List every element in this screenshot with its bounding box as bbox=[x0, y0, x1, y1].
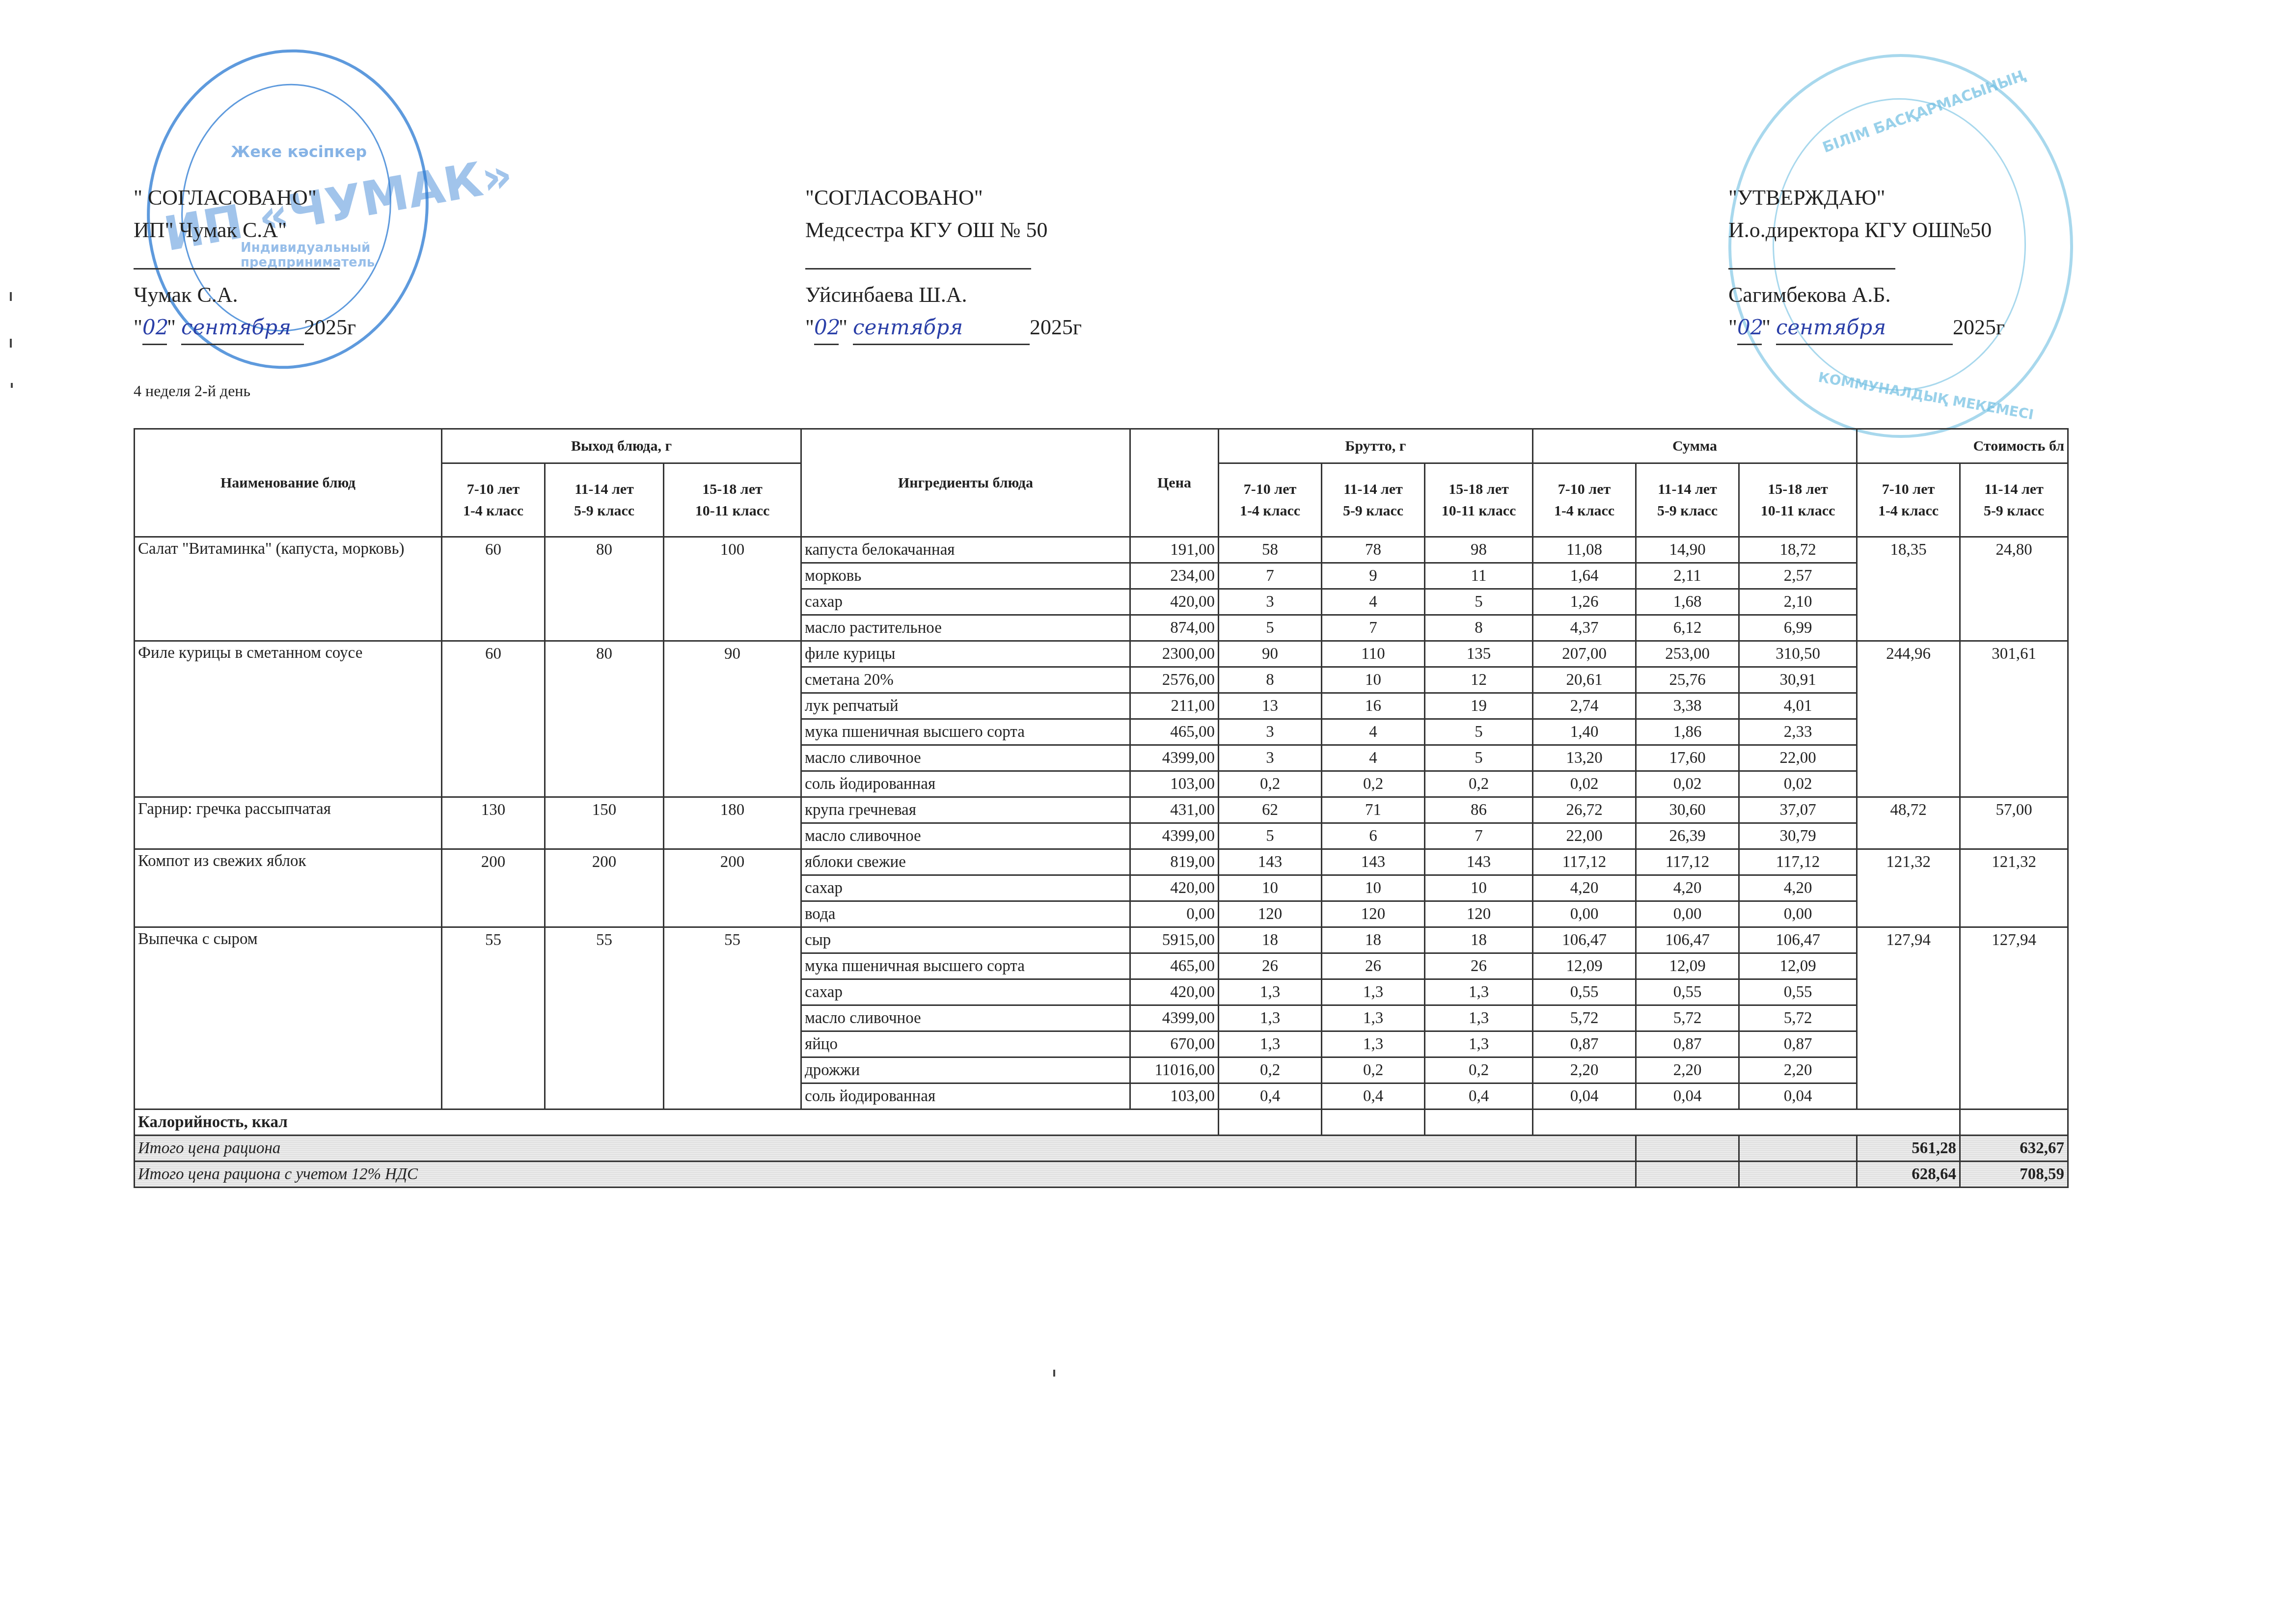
ingredient-brutto-2: 1,3 bbox=[1322, 979, 1425, 1005]
dish-cost-2: 57,00 bbox=[1960, 797, 2068, 849]
ingredient-brutto-1: 143 bbox=[1219, 849, 1322, 875]
table-row: Филе курицы в сметанном соусе608090филе … bbox=[135, 641, 2068, 667]
approval-nurse: "СОГЛАСОВАНО" Медсестра КГУ ОШ № 50 Уйси… bbox=[805, 182, 1082, 345]
approval-director-date-day: 02 bbox=[1737, 311, 1762, 345]
ingredient-sum-3: 0,00 bbox=[1739, 901, 1857, 927]
ingredient-sum-3: 0,87 bbox=[1739, 1031, 1857, 1057]
ingredient-brutto-2: 71 bbox=[1322, 797, 1425, 823]
ingredient-brutto-2: 10 bbox=[1322, 875, 1425, 901]
ingredient-sum-1: 2,74 bbox=[1533, 693, 1636, 719]
ingredient-sum-1: 4,20 bbox=[1533, 875, 1636, 901]
ingredient-price: 431,00 bbox=[1130, 797, 1219, 823]
dish-cost-1: 127,94 bbox=[1857, 927, 1960, 1109]
ingredient-brutto-2: 9 bbox=[1322, 563, 1425, 589]
approval-nurse-date-year: 2025г bbox=[1030, 315, 1082, 339]
ingredient-sum-3: 22,00 bbox=[1739, 745, 1857, 771]
ingredient-price: 5915,00 bbox=[1130, 927, 1219, 953]
ingredient-name: сыр bbox=[801, 927, 1130, 953]
dish-name: Выпечка с сыром bbox=[135, 927, 442, 1109]
ingredient-brutto-1: 3 bbox=[1219, 745, 1322, 771]
ingredient-name: яблоки свежие bbox=[801, 849, 1130, 875]
header-brutto-age-1: 7-10 лет1-4 класс bbox=[1219, 463, 1322, 537]
ingredient-sum-1: 117,12 bbox=[1533, 849, 1636, 875]
dish-cost-2: 24,80 bbox=[1960, 537, 2068, 641]
ingredient-brutto-1: 5 bbox=[1219, 615, 1322, 641]
ingredient-brutto-3: 120 bbox=[1425, 901, 1533, 927]
ingredient-sum-2: 0,04 bbox=[1636, 1083, 1739, 1109]
ingredient-brutto-1: 62 bbox=[1219, 797, 1322, 823]
approval-nurse-date-day: 02 bbox=[814, 311, 839, 345]
ingredient-sum-2: 0,02 bbox=[1636, 771, 1739, 797]
ingredient-sum-2: 253,00 bbox=[1636, 641, 1739, 667]
total-row: Итого цена рациона561,28632,67 bbox=[135, 1136, 2068, 1162]
ingredient-brutto-3: 86 bbox=[1425, 797, 1533, 823]
ingredient-sum-2: 106,47 bbox=[1636, 927, 1739, 953]
approval-nurse-org: Медсестра КГУ ОШ № 50 bbox=[805, 214, 1082, 246]
table-row: Выпечка с сыром555555сыр5915,00181818106… bbox=[135, 927, 2068, 953]
ingredient-brutto-2: 0,2 bbox=[1322, 771, 1425, 797]
ingredient-price: 103,00 bbox=[1130, 1083, 1219, 1109]
header-brutto-age-3: 15-18 лет10-11 класс bbox=[1425, 463, 1533, 537]
ingredient-brutto-3: 12 bbox=[1425, 667, 1533, 693]
ingredient-brutto-1: 1,3 bbox=[1219, 979, 1322, 1005]
dish-yield-1: 60 bbox=[442, 537, 545, 641]
ingredient-sum-3: 6,99 bbox=[1739, 615, 1857, 641]
ingredient-sum-2: 14,90 bbox=[1636, 537, 1739, 563]
ingredient-brutto-2: 1,3 bbox=[1322, 1031, 1425, 1057]
dish-yield-2: 55 bbox=[545, 927, 664, 1109]
ingredient-sum-2: 4,20 bbox=[1636, 875, 1739, 901]
calories-label: Калорийность, ккал bbox=[135, 1109, 1219, 1136]
ingredient-brutto-3: 8 bbox=[1425, 615, 1533, 641]
ingredient-sum-1: 0,00 bbox=[1533, 901, 1636, 927]
approval-director-org: И.о.директора КГУ ОШ№50 bbox=[1728, 214, 2005, 246]
ingredient-brutto-1: 13 bbox=[1219, 693, 1322, 719]
ingredient-sum-3: 5,72 bbox=[1739, 1005, 1857, 1031]
ingredient-sum-1: 1,64 bbox=[1533, 563, 1636, 589]
header-cost: Стоимость бл bbox=[1857, 429, 2068, 463]
dish-name: Гарнир: гречка рассыпчатая bbox=[135, 797, 442, 849]
approval-ip: " СОГЛАСОВАНО" ИП" Чумак С.А" Чумак С.А.… bbox=[134, 182, 356, 345]
dish-yield-1: 200 bbox=[442, 849, 545, 927]
ingredient-brutto-3: 1,3 bbox=[1425, 1031, 1533, 1057]
table-row: Салат "Витаминка" (капуста, морковь)6080… bbox=[135, 537, 2068, 563]
ingredient-name: морковь bbox=[801, 563, 1130, 589]
scan-mark bbox=[10, 339, 12, 348]
ingredient-name: яйцо bbox=[801, 1031, 1130, 1057]
ingredient-brutto-3: 5 bbox=[1425, 589, 1533, 615]
approval-director-heading: "УТВЕРЖДАЮ" bbox=[1728, 182, 2005, 214]
ingredient-brutto-3: 1,3 bbox=[1425, 1005, 1533, 1031]
dish-yield-3: 55 bbox=[664, 927, 801, 1109]
ingredient-sum-1: 1,40 bbox=[1533, 719, 1636, 745]
ingredient-brutto-2: 0,4 bbox=[1322, 1083, 1425, 1109]
ingredient-sum-2: 0,00 bbox=[1636, 901, 1739, 927]
approval-director-date-year: 2025г bbox=[1953, 315, 2005, 339]
ingredient-sum-1: 0,55 bbox=[1533, 979, 1636, 1005]
header-yield-age-3: 15-18 лет10-11 класс bbox=[664, 463, 801, 537]
ingredient-sum-1: 0,04 bbox=[1533, 1083, 1636, 1109]
header-yield-age-1: 7-10 лет1-4 класс bbox=[442, 463, 545, 537]
ingredient-sum-1: 106,47 bbox=[1533, 927, 1636, 953]
ingredient-sum-2: 1,86 bbox=[1636, 719, 1739, 745]
ingredient-sum-2: 117,12 bbox=[1636, 849, 1739, 875]
ingredient-sum-2: 26,39 bbox=[1636, 823, 1739, 849]
ingredient-sum-3: 117,12 bbox=[1739, 849, 1857, 875]
day-label: 4 неделя 2-й день bbox=[134, 382, 250, 400]
header-ingredients: Ингредиенты блюда bbox=[801, 429, 1130, 537]
ingredient-sum-1: 20,61 bbox=[1533, 667, 1636, 693]
ingredient-sum-1: 2,20 bbox=[1533, 1057, 1636, 1083]
ingredient-sum-1: 26,72 bbox=[1533, 797, 1636, 823]
menu-table: Наименование блюд Выход блюда, г Ингреди… bbox=[134, 428, 2069, 1188]
approval-director-name: Сагимбекова А.Б. bbox=[1728, 279, 2005, 311]
ingredient-name: сметана 20% bbox=[801, 667, 1130, 693]
ingredient-brutto-2: 78 bbox=[1322, 537, 1425, 563]
ingredient-price: 2576,00 bbox=[1130, 667, 1219, 693]
ingredient-brutto-3: 11 bbox=[1425, 563, 1533, 589]
ingredient-brutto-1: 120 bbox=[1219, 901, 1322, 927]
ingredient-sum-3: 30,91 bbox=[1739, 667, 1857, 693]
ingredient-brutto-3: 98 bbox=[1425, 537, 1533, 563]
header-cost-age-1: 7-10 лет1-4 класс bbox=[1857, 463, 1960, 537]
ingredient-name: капуста белокачанная bbox=[801, 537, 1130, 563]
dish-yield-3: 180 bbox=[664, 797, 801, 849]
total-label: Итого цена рациона с учетом 12% НДС bbox=[135, 1162, 1636, 1188]
ingredient-price: 4399,00 bbox=[1130, 823, 1219, 849]
dish-cost-1: 48,72 bbox=[1857, 797, 1960, 849]
ingredient-sum-2: 5,72 bbox=[1636, 1005, 1739, 1031]
total-value-2: 708,59 bbox=[1960, 1162, 2068, 1188]
total-value-2: 632,67 bbox=[1960, 1136, 2068, 1162]
ingredient-price: 211,00 bbox=[1130, 693, 1219, 719]
approval-ip-signature-line bbox=[134, 248, 340, 270]
ingredient-sum-1: 0,02 bbox=[1533, 771, 1636, 797]
table-row: Компот из свежих яблок200200200яблоки св… bbox=[135, 849, 2068, 875]
ingredient-sum-1: 4,37 bbox=[1533, 615, 1636, 641]
approval-nurse-heading: "СОГЛАСОВАНО" bbox=[805, 182, 1082, 214]
header-dish-name: Наименование блюд bbox=[135, 429, 442, 537]
header-sum-age-3: 15-18 лет10-11 класс bbox=[1739, 463, 1857, 537]
ingredient-sum-2: 1,68 bbox=[1636, 589, 1739, 615]
approval-director-signature-line bbox=[1728, 248, 1895, 270]
ingredient-price: 4399,00 bbox=[1130, 1005, 1219, 1031]
ingredient-price: 11016,00 bbox=[1130, 1057, 1219, 1083]
ingredient-name: вода bbox=[801, 901, 1130, 927]
ingredient-brutto-2: 4 bbox=[1322, 719, 1425, 745]
ingredient-price: 819,00 bbox=[1130, 849, 1219, 875]
header-sum-age-2: 11-14 лет5-9 класс bbox=[1636, 463, 1739, 537]
header-sum: Сумма bbox=[1533, 429, 1857, 463]
ingredient-brutto-1: 26 bbox=[1219, 953, 1322, 979]
ingredient-brutto-3: 135 bbox=[1425, 641, 1533, 667]
ingredient-brutto-1: 1,3 bbox=[1219, 1005, 1322, 1031]
menu-body: Салат "Витаминка" (капуста, морковь)6080… bbox=[135, 537, 2068, 1188]
ingredient-name: соль йодированная bbox=[801, 771, 1130, 797]
ingredient-sum-2: 3,38 bbox=[1636, 693, 1739, 719]
ingredient-sum-1: 0,87 bbox=[1533, 1031, 1636, 1057]
ingredient-price: 420,00 bbox=[1130, 875, 1219, 901]
total-empty bbox=[1636, 1136, 1739, 1162]
header-price: Цена bbox=[1130, 429, 1219, 537]
ingredient-brutto-1: 5 bbox=[1219, 823, 1322, 849]
ingredient-name: лук репчатый bbox=[801, 693, 1130, 719]
ingredient-brutto-3: 7 bbox=[1425, 823, 1533, 849]
ingredient-brutto-1: 10 bbox=[1219, 875, 1322, 901]
dish-yield-3: 100 bbox=[664, 537, 801, 641]
dish-name: Салат "Витаминка" (капуста, морковь) bbox=[135, 537, 442, 641]
ingredient-sum-2: 25,76 bbox=[1636, 667, 1739, 693]
ingredient-sum-3: 2,57 bbox=[1739, 563, 1857, 589]
approval-ip-name: Чумак С.А. bbox=[134, 279, 356, 311]
ingredient-brutto-3: 0,2 bbox=[1425, 771, 1533, 797]
table-row: Гарнир: гречка рассыпчатая130150180крупа… bbox=[135, 797, 2068, 823]
ingredient-sum-3: 2,10 bbox=[1739, 589, 1857, 615]
calories-cell bbox=[1425, 1109, 1533, 1136]
ingredient-name: мука пшеничная высшего сорта bbox=[801, 719, 1130, 745]
approval-ip-date-year: 2025г bbox=[304, 315, 356, 339]
dish-cost-1: 244,96 bbox=[1857, 641, 1960, 797]
ingredient-sum-3: 2,20 bbox=[1739, 1057, 1857, 1083]
approval-ip-heading: " СОГЛАСОВАНО" bbox=[134, 182, 356, 214]
ingredient-sum-1: 22,00 bbox=[1533, 823, 1636, 849]
ingredient-name: сахар bbox=[801, 589, 1130, 615]
approval-director: "УТВЕРЖДАЮ" И.о.директора КГУ ОШ№50 Саги… bbox=[1728, 182, 2005, 345]
ingredient-brutto-1: 8 bbox=[1219, 667, 1322, 693]
total-empty bbox=[1739, 1162, 1857, 1188]
ingredient-sum-2: 30,60 bbox=[1636, 797, 1739, 823]
ingredient-name: мука пшеничная высшего сорта bbox=[801, 953, 1130, 979]
ingredient-brutto-1: 0,2 bbox=[1219, 771, 1322, 797]
ingredient-brutto-2: 4 bbox=[1322, 745, 1425, 771]
ingredient-sum-3: 4,01 bbox=[1739, 693, 1857, 719]
total-empty bbox=[1636, 1162, 1739, 1188]
dish-name: Филе курицы в сметанном соусе bbox=[135, 641, 442, 797]
ingredient-name: крупа гречневая bbox=[801, 797, 1130, 823]
ingredient-brutto-2: 10 bbox=[1322, 667, 1425, 693]
stamp-ip-chumak-top: Жеке кәсіпкер bbox=[231, 142, 367, 161]
ingredient-price: 103,00 bbox=[1130, 771, 1219, 797]
calories-cell bbox=[1533, 1109, 1960, 1136]
approval-nurse-date-month: сентября bbox=[853, 311, 1030, 345]
ingredient-name: сахар bbox=[801, 875, 1130, 901]
ingredient-name: дрожжи bbox=[801, 1057, 1130, 1083]
ingredient-brutto-1: 58 bbox=[1219, 537, 1322, 563]
ingredient-price: 874,00 bbox=[1130, 615, 1219, 641]
total-label: Итого цена рациона bbox=[135, 1136, 1636, 1162]
ingredient-brutto-2: 7 bbox=[1322, 615, 1425, 641]
ingredient-brutto-3: 19 bbox=[1425, 693, 1533, 719]
dish-yield-2: 150 bbox=[545, 797, 664, 849]
ingredient-price: 2300,00 bbox=[1130, 641, 1219, 667]
ingredient-brutto-3: 26 bbox=[1425, 953, 1533, 979]
ingredient-sum-1: 207,00 bbox=[1533, 641, 1636, 667]
dish-yield-2: 80 bbox=[545, 641, 664, 797]
ingredient-sum-1: 11,08 bbox=[1533, 537, 1636, 563]
approval-nurse-signature-line bbox=[805, 248, 1031, 270]
ingredient-brutto-2: 110 bbox=[1322, 641, 1425, 667]
ingredient-sum-3: 2,33 bbox=[1739, 719, 1857, 745]
ingredient-brutto-1: 3 bbox=[1219, 719, 1322, 745]
approval-ip-date-month: сентября bbox=[181, 311, 304, 345]
ingredient-brutto-3: 10 bbox=[1425, 875, 1533, 901]
scan-mark bbox=[11, 383, 13, 388]
ingredient-sum-3: 0,55 bbox=[1739, 979, 1857, 1005]
ingredient-name: филе курицы bbox=[801, 641, 1130, 667]
ingredient-brutto-1: 3 bbox=[1219, 589, 1322, 615]
dish-yield-2: 80 bbox=[545, 537, 664, 641]
ingredient-sum-3: 18,72 bbox=[1739, 537, 1857, 563]
ingredient-brutto-2: 4 bbox=[1322, 589, 1425, 615]
ingredient-brutto-1: 18 bbox=[1219, 927, 1322, 953]
ingredient-price: 191,00 bbox=[1130, 537, 1219, 563]
dish-cost-1: 18,35 bbox=[1857, 537, 1960, 641]
ingredient-brutto-3: 5 bbox=[1425, 745, 1533, 771]
ingredient-brutto-2: 1,3 bbox=[1322, 1005, 1425, 1031]
ingredient-sum-3: 12,09 bbox=[1739, 953, 1857, 979]
header-cost-age-2: 11-14 лет5-9 класс bbox=[1960, 463, 2068, 537]
ingredient-brutto-2: 143 bbox=[1322, 849, 1425, 875]
ingredient-brutto-3: 1,3 bbox=[1425, 979, 1533, 1005]
ingredient-price: 234,00 bbox=[1130, 563, 1219, 589]
ingredient-sum-1: 12,09 bbox=[1533, 953, 1636, 979]
ingredient-brutto-2: 16 bbox=[1322, 693, 1425, 719]
ingredient-price: 420,00 bbox=[1130, 589, 1219, 615]
ingredient-sum-3: 4,20 bbox=[1739, 875, 1857, 901]
ingredient-sum-3: 30,79 bbox=[1739, 823, 1857, 849]
scan-mark bbox=[10, 292, 12, 301]
ingredient-name: масло сливочное bbox=[801, 745, 1130, 771]
ingredient-brutto-1: 0,2 bbox=[1219, 1057, 1322, 1083]
dish-yield-1: 130 bbox=[442, 797, 545, 849]
dish-yield-3: 90 bbox=[664, 641, 801, 797]
header-yield-age-2: 11-14 лет5-9 класс bbox=[545, 463, 664, 537]
ingredient-price: 465,00 bbox=[1130, 953, 1219, 979]
ingredient-brutto-2: 18 bbox=[1322, 927, 1425, 953]
total-row: Итого цена рациона с учетом 12% НДС628,6… bbox=[135, 1162, 2068, 1188]
ingredient-name: масло растительное bbox=[801, 615, 1130, 641]
approval-ip-org: ИП" Чумак С.А" bbox=[134, 214, 356, 246]
ingredient-price: 420,00 bbox=[1130, 979, 1219, 1005]
header-brutto-age-2: 11-14 лет5-9 класс bbox=[1322, 463, 1425, 537]
ingredient-name: масло сливочное bbox=[801, 1005, 1130, 1031]
ingredient-sum-1: 13,20 bbox=[1533, 745, 1636, 771]
ingredient-sum-1: 5,72 bbox=[1533, 1005, 1636, 1031]
dish-name: Компот из свежих яблок bbox=[135, 849, 442, 927]
ingredient-sum-2: 2,20 bbox=[1636, 1057, 1739, 1083]
dish-yield-3: 200 bbox=[664, 849, 801, 927]
ingredient-sum-3: 106,47 bbox=[1739, 927, 1857, 953]
ingredient-brutto-1: 7 bbox=[1219, 563, 1322, 589]
ingredient-price: 465,00 bbox=[1130, 719, 1219, 745]
calories-cell bbox=[1960, 1109, 2068, 1136]
calories-row: Калорийность, ккал bbox=[135, 1109, 2068, 1136]
ingredient-brutto-1: 1,3 bbox=[1219, 1031, 1322, 1057]
dish-cost-2: 121,32 bbox=[1960, 849, 2068, 927]
scan-mark bbox=[1053, 1370, 1055, 1377]
header-brutto: Брутто, г bbox=[1219, 429, 1533, 463]
ingredient-brutto-2: 0,2 bbox=[1322, 1057, 1425, 1083]
total-value-1: 628,64 bbox=[1857, 1162, 1960, 1188]
ingredient-brutto-1: 90 bbox=[1219, 641, 1322, 667]
approval-ip-date-day: 02 bbox=[142, 311, 167, 345]
ingredient-sum-2: 0,87 bbox=[1636, 1031, 1739, 1057]
dish-yield-2: 200 bbox=[545, 849, 664, 927]
ingredient-price: 0,00 bbox=[1130, 901, 1219, 927]
total-empty bbox=[1739, 1136, 1857, 1162]
ingredient-sum-2: 2,11 bbox=[1636, 563, 1739, 589]
ingredient-brutto-2: 120 bbox=[1322, 901, 1425, 927]
ingredient-brutto-3: 5 bbox=[1425, 719, 1533, 745]
header-sum-age-1: 7-10 лет1-4 класс bbox=[1533, 463, 1636, 537]
dish-yield-1: 55 bbox=[442, 927, 545, 1109]
header-yield: Выход блюда, г bbox=[442, 429, 801, 463]
ingredient-brutto-2: 6 bbox=[1322, 823, 1425, 849]
ingredient-sum-3: 310,50 bbox=[1739, 641, 1857, 667]
ingredient-sum-2: 12,09 bbox=[1636, 953, 1739, 979]
ingredient-brutto-3: 143 bbox=[1425, 849, 1533, 875]
ingredient-price: 670,00 bbox=[1130, 1031, 1219, 1057]
ingredient-brutto-3: 18 bbox=[1425, 927, 1533, 953]
ingredient-sum-3: 0,02 bbox=[1739, 771, 1857, 797]
ingredient-sum-2: 6,12 bbox=[1636, 615, 1739, 641]
ingredient-brutto-3: 0,4 bbox=[1425, 1083, 1533, 1109]
ingredient-sum-2: 0,55 bbox=[1636, 979, 1739, 1005]
ingredient-brutto-1: 0,4 bbox=[1219, 1083, 1322, 1109]
ingredient-sum-3: 37,07 bbox=[1739, 797, 1857, 823]
dish-yield-1: 60 bbox=[442, 641, 545, 797]
ingredient-sum-3: 0,04 bbox=[1739, 1083, 1857, 1109]
ingredient-sum-2: 17,60 bbox=[1636, 745, 1739, 771]
total-value-1: 561,28 bbox=[1857, 1136, 1960, 1162]
ingredient-price: 4399,00 bbox=[1130, 745, 1219, 771]
calories-cell bbox=[1322, 1109, 1425, 1136]
dish-cost-2: 127,94 bbox=[1960, 927, 2068, 1109]
ingredient-name: сахар bbox=[801, 979, 1130, 1005]
dish-cost-2: 301,61 bbox=[1960, 641, 2068, 797]
ingredient-name: соль йодированная bbox=[801, 1083, 1130, 1109]
approval-nurse-name: Уйсинбаева Ш.А. bbox=[805, 279, 1082, 311]
ingredient-sum-1: 1,26 bbox=[1533, 589, 1636, 615]
approval-director-date-month: сентября bbox=[1776, 311, 1953, 345]
calories-cell bbox=[1219, 1109, 1322, 1136]
ingredient-brutto-2: 26 bbox=[1322, 953, 1425, 979]
dish-cost-1: 121,32 bbox=[1857, 849, 1960, 927]
ingredient-name: масло сливочное bbox=[801, 823, 1130, 849]
ingredient-brutto-3: 0,2 bbox=[1425, 1057, 1533, 1083]
